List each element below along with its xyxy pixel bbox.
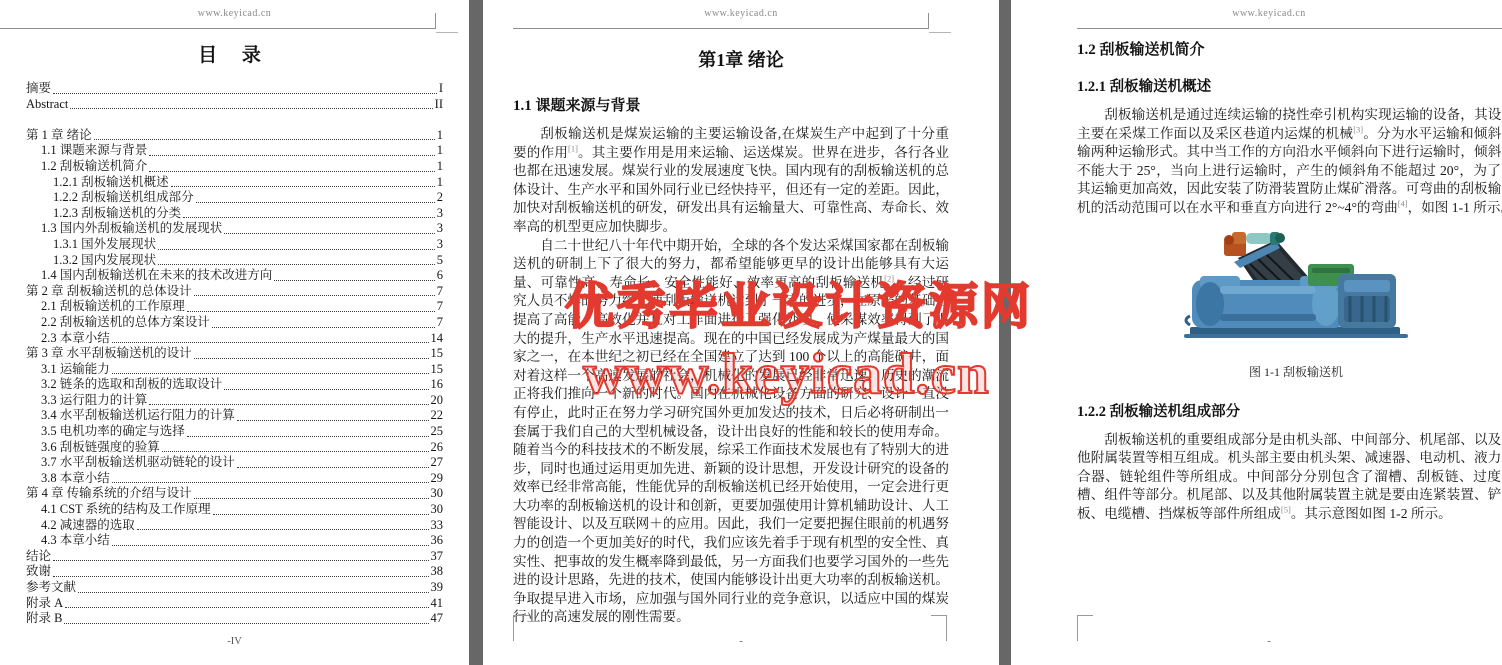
toc-entry-page: 2 — [437, 190, 443, 206]
toc-dot-leader — [112, 342, 429, 343]
toc-entry-page: 3 — [437, 206, 443, 222]
toc-entry-page: 22 — [431, 408, 444, 424]
page-header-url: www.keyicad.cn — [1011, 8, 1502, 19]
toc-dot-leader — [149, 404, 428, 405]
toc-entry-label: 2.3 本章小结 — [41, 331, 110, 347]
toc-entry-label: 4.1 CST 系统的结构及工作原理 — [41, 502, 211, 518]
toc-entry-page: 30 — [431, 502, 444, 518]
toc-entry: 2.1 刮板输送机的工作原理7 — [26, 299, 443, 315]
toc-dot-leader — [224, 233, 434, 234]
toc-entry: 第 4 章 传输系统的介绍与设计30 — [26, 486, 443, 502]
toc-entry: 3.8 本章小结29 — [26, 471, 443, 487]
section-heading-1-2: 1.2 刮板输送机简介 — [1077, 38, 1502, 59]
toc-entry-label: 第 2 章 刮板输送机的总体设计 — [26, 284, 192, 300]
toc-entry: 致谢38 — [26, 564, 443, 580]
toc-entry-label: 第 4 章 传输系统的介绍与设计 — [26, 486, 192, 502]
toc-entry-label: 3.4 水平刮板输送机运行阻力的计算 — [41, 408, 235, 424]
toc-entry-page: 5 — [437, 253, 443, 269]
toc-entry: 4.2 减速器的选取33 — [26, 518, 443, 534]
toc-dot-leader — [112, 482, 429, 483]
components-paragraph: 刮板输送机的重要组成部分是由机头部、中间部分、机尾部、以及其他附属装置等相互组成… — [1077, 431, 1502, 524]
scraper-conveyor-image — [1180, 224, 1412, 350]
toc-entry: 3.4 水平刮板输送机运行阻力的计算22 — [26, 408, 443, 424]
toc-entry-label: 致谢 — [26, 564, 51, 580]
page-header-url: www.keyicad.cn — [0, 8, 469, 19]
toc-entry-label: 2.2 刮板输送机的总体方案设计 — [41, 315, 210, 331]
toc-dot-leader — [53, 93, 437, 94]
toc-dot-leader — [94, 139, 435, 140]
toc-entry: AbstractII — [26, 97, 443, 113]
toc-dot-leader — [65, 607, 428, 608]
page-gap — [999, 0, 1011, 665]
toc-entry: 1.3.2 国内发展现状5 — [26, 253, 443, 269]
toc-entry-label: 3.6 刮板链强度的验算 — [41, 440, 160, 456]
toc-entry: 摘要I — [26, 81, 443, 97]
toc-page: www.keyicad.cn 目 录 摘要IAbstractII第 1 章 绪论… — [0, 0, 469, 665]
toc-entry-page: 25 — [431, 424, 444, 440]
body-paragraph: 随着当今的科技技术的不断发展，综采工作面技术发展也有了特别大的进步，同时也通过运… — [513, 441, 949, 627]
toc-entry-page: 15 — [431, 362, 444, 378]
chapter1-page: www.keyicad.cn 第1章 绪论 1.1 课题来源与背景 刮板输送机是… — [483, 0, 999, 665]
header-rule-tick — [928, 13, 929, 29]
toc-entry-page: 37 — [431, 549, 444, 565]
toc-entry-page: I — [439, 81, 443, 97]
header-rule-tick — [435, 13, 436, 29]
toc-entry-page: 1 — [437, 143, 443, 159]
toc-dot-leader — [237, 467, 429, 468]
toc-entry-page: 36 — [431, 533, 444, 549]
toc-entry: 1.2.2 刮板输送机组成部分2 — [26, 190, 443, 206]
toc-entry-label: 摘要 — [26, 81, 51, 97]
toc-entry: 第 3 章 水平刮板输送机的设计15 — [26, 346, 443, 362]
toc-entry-label: 3.1 运输能力 — [41, 362, 110, 378]
toc-list: 摘要IAbstractII第 1 章 绪论11.1 课题来源与背景11.2 刮板… — [0, 79, 469, 627]
toc-entry-label: 1.2 刮板输送机简介 — [41, 159, 147, 175]
toc-entry-page: 3 — [437, 221, 443, 237]
toc-dot-leader — [78, 592, 428, 593]
page-number: - — [1011, 636, 1502, 647]
toc-dot-leader — [237, 420, 429, 421]
toc-entry-label: 第 1 章 绪论 — [26, 128, 92, 144]
toc-entry-page: 1 — [437, 175, 443, 191]
toc-dot-leader — [187, 436, 429, 437]
page-number: - — [483, 636, 999, 647]
figure-1-1 — [1077, 224, 1502, 355]
toc-entry-label: 4.2 减速器的选取 — [41, 518, 135, 534]
header-rule — [1077, 28, 1502, 29]
toc-entry: 3.7 水平刮板输送机驱动链轮的设计27 — [26, 455, 443, 471]
sub-heading-1-2-2: 1.2.2 刮板输送机组成部分 — [1077, 400, 1502, 421]
toc-entry-page: 41 — [431, 596, 444, 612]
toc-entry-page: 7 — [437, 284, 443, 300]
header-rule-ext — [929, 32, 951, 33]
toc-entry: 3.6 刮板链强度的验算26 — [26, 440, 443, 456]
toc-entry-label: 3.3 运行阻力的计算 — [41, 393, 147, 409]
toc-dot-leader — [171, 186, 435, 187]
chapter-title: 第1章 绪论 — [483, 46, 999, 72]
toc-entry-page: 33 — [431, 518, 444, 534]
toc-entry-label: 参考文献 — [26, 580, 76, 596]
toc-spacer — [26, 112, 443, 128]
toc-entry-label: 3.8 本章小结 — [41, 471, 110, 487]
toc-title: 目 录 — [10, 40, 459, 67]
body-paragraph: 自二十世纪八十年代中期开始，全球的各个发达采煤国家都在刮板输送机的研制上下了很大… — [513, 237, 949, 442]
toc-entry: 3.2 链条的选取和刮板的选取设计16 — [26, 377, 443, 393]
toc-dot-leader — [212, 327, 435, 328]
toc-entry-page: 26 — [431, 440, 444, 456]
toc-entry-label: 1.3.1 国外发展现状 — [53, 237, 156, 253]
toc-entry-page: 1 — [437, 159, 443, 175]
toc-dot-leader — [274, 280, 434, 281]
toc-entry-label: 1.3 国内外刮板输送机的发展现状 — [41, 221, 222, 237]
toc-entry-label: 3.2 链条的选取和刮板的选取设计 — [41, 377, 222, 393]
section1-2-page: www.keyicad.cn 1.2 刮板输送机简介 1.2.1 刮板输送机概述… — [1011, 0, 1502, 665]
toc-entry-label: 结论 — [26, 549, 51, 565]
chapter1-body: 刮板输送机是煤炭运输的主要运输设备,在煤炭生产中起到了十分重要的作用[1]。其主… — [483, 125, 999, 627]
toc-dot-leader — [158, 249, 435, 250]
toc-dot-leader — [194, 498, 429, 499]
toc-dot-leader — [194, 358, 429, 359]
header-rule-ext — [436, 32, 458, 33]
toc-entry-page: II — [435, 97, 443, 113]
toc-entry: 1.2.3 刮板输送机的分类3 — [26, 206, 443, 222]
page-gap — [469, 0, 483, 665]
toc-entry-page: 7 — [437, 299, 443, 315]
toc-entry-page: 30 — [431, 486, 444, 502]
toc-entry-page: 47 — [431, 611, 444, 627]
body-paragraph: 刮板输送机是煤炭运输的主要运输设备,在煤炭生产中起到了十分重要的作用[1]。其主… — [513, 125, 949, 237]
toc-entry: 第 2 章 刮板输送机的总体设计7 — [26, 284, 443, 300]
toc-dot-leader — [194, 295, 435, 296]
toc-entry: 4.3 本章小结36 — [26, 533, 443, 549]
header-rule — [513, 28, 929, 29]
toc-dot-leader — [112, 545, 429, 546]
toc-entry: 参考文献39 — [26, 580, 443, 596]
toc-dot-leader — [53, 560, 428, 561]
toc-dot-leader — [149, 155, 434, 156]
toc-entry-label: 附录 A — [26, 596, 63, 612]
toc-entry-page: 15 — [431, 346, 444, 362]
toc-entry: 1.3 国内外刮板输送机的发展现状3 — [26, 221, 443, 237]
toc-entry: 2.2 刮板输送机的总体方案设计7 — [26, 315, 443, 331]
toc-entry: 3.3 运行阻力的计算20 — [26, 393, 443, 409]
toc-dot-leader — [213, 514, 429, 515]
page-header-url: www.keyicad.cn — [483, 8, 999, 19]
toc-entry: 结论37 — [26, 549, 443, 565]
toc-entry-label: 附录 B — [26, 611, 62, 627]
toc-entry: 3.1 运输能力15 — [26, 362, 443, 378]
toc-entry-label: 1.1 课题来源与背景 — [41, 143, 147, 159]
toc-dot-leader — [183, 217, 435, 218]
toc-entry: 4.1 CST 系统的结构及工作原理30 — [26, 502, 443, 518]
toc-entry-label: Abstract — [26, 97, 68, 113]
toc-entry-label: 1.2.2 刮板输送机组成部分 — [53, 190, 194, 206]
toc-dot-leader — [137, 529, 429, 530]
document-viewer: www.keyicad.cn 目 录 摘要IAbstractII第 1 章 绪论… — [0, 0, 1502, 665]
toc-dot-leader — [64, 623, 428, 624]
toc-entry-page: 29 — [431, 471, 444, 487]
toc-entry-label: 1.4 国内刮板输送机在未来的技术改进方向 — [41, 268, 272, 284]
header-rule — [0, 28, 436, 29]
toc-entry-label: 1.3.2 国内发展现状 — [53, 253, 156, 269]
toc-entry: 附录 A41 — [26, 596, 443, 612]
toc-page-number: -IV — [0, 636, 469, 647]
toc-dot-leader — [196, 202, 435, 203]
toc-entry-label: 第 3 章 水平刮板输送机的设计 — [26, 346, 192, 362]
toc-entry-page: 6 — [437, 268, 443, 284]
toc-entry: 1.3.1 国外发展现状3 — [26, 237, 443, 253]
toc-entry: 1.1 课题来源与背景1 — [26, 143, 443, 159]
toc-entry-page: 3 — [437, 237, 443, 253]
toc-entry-label: 1.2.1 刮板输送机概述 — [53, 175, 169, 191]
overview-paragraph: 刮板输送机是通过连续运输的挠性牵引机构实现运输的设备，其设备主要在采煤工作面以及… — [1077, 106, 1502, 218]
figure-1-1-caption: 图 1-1 刮板输送机 — [1077, 363, 1502, 380]
toc-entry-page: 20 — [431, 393, 444, 409]
toc-entry: 1.2 刮板输送机简介1 — [26, 159, 443, 175]
toc-entry-page: 1 — [437, 128, 443, 144]
toc-entry: 3.5 电机功率的确定与选择25 — [26, 424, 443, 440]
toc-dot-leader — [162, 451, 429, 452]
toc-entry-page: 39 — [431, 580, 444, 596]
toc-dot-leader — [53, 576, 428, 577]
toc-entry-page: 7 — [437, 315, 443, 331]
toc-entry: 1.4 国内刮板输送机在未来的技术改进方向6 — [26, 268, 443, 284]
sub-heading-1-2-1: 1.2.1 刮板输送机概述 — [1077, 75, 1502, 96]
toc-entry-label: 3.7 水平刮板输送机驱动链轮的设计 — [41, 455, 235, 471]
toc-dot-leader — [70, 108, 432, 109]
toc-entry-page: 14 — [431, 331, 444, 347]
toc-entry-label: 4.3 本章小结 — [41, 533, 110, 549]
toc-entry: 附录 B47 — [26, 611, 443, 627]
toc-entry-label: 1.2.3 刮板输送机的分类 — [53, 206, 181, 222]
toc-dot-leader — [187, 311, 435, 312]
toc-dot-leader — [158, 264, 435, 265]
toc-entry-page: 16 — [431, 377, 444, 393]
toc-dot-leader — [149, 171, 434, 172]
toc-entry-page: 27 — [431, 455, 444, 471]
toc-entry: 第 1 章 绪论1 — [26, 128, 443, 144]
toc-entry: 2.3 本章小结14 — [26, 331, 443, 347]
toc-entry-page: 38 — [431, 564, 444, 580]
toc-entry: 1.2.1 刮板输送机概述1 — [26, 175, 443, 191]
toc-dot-leader — [224, 389, 428, 390]
section-heading-1-1: 1.1 课题来源与背景 — [513, 94, 999, 115]
toc-entry-label: 3.5 电机功率的确定与选择 — [41, 424, 185, 440]
toc-entry-label: 2.1 刮板输送机的工作原理 — [41, 299, 185, 315]
toc-dot-leader — [112, 373, 429, 374]
